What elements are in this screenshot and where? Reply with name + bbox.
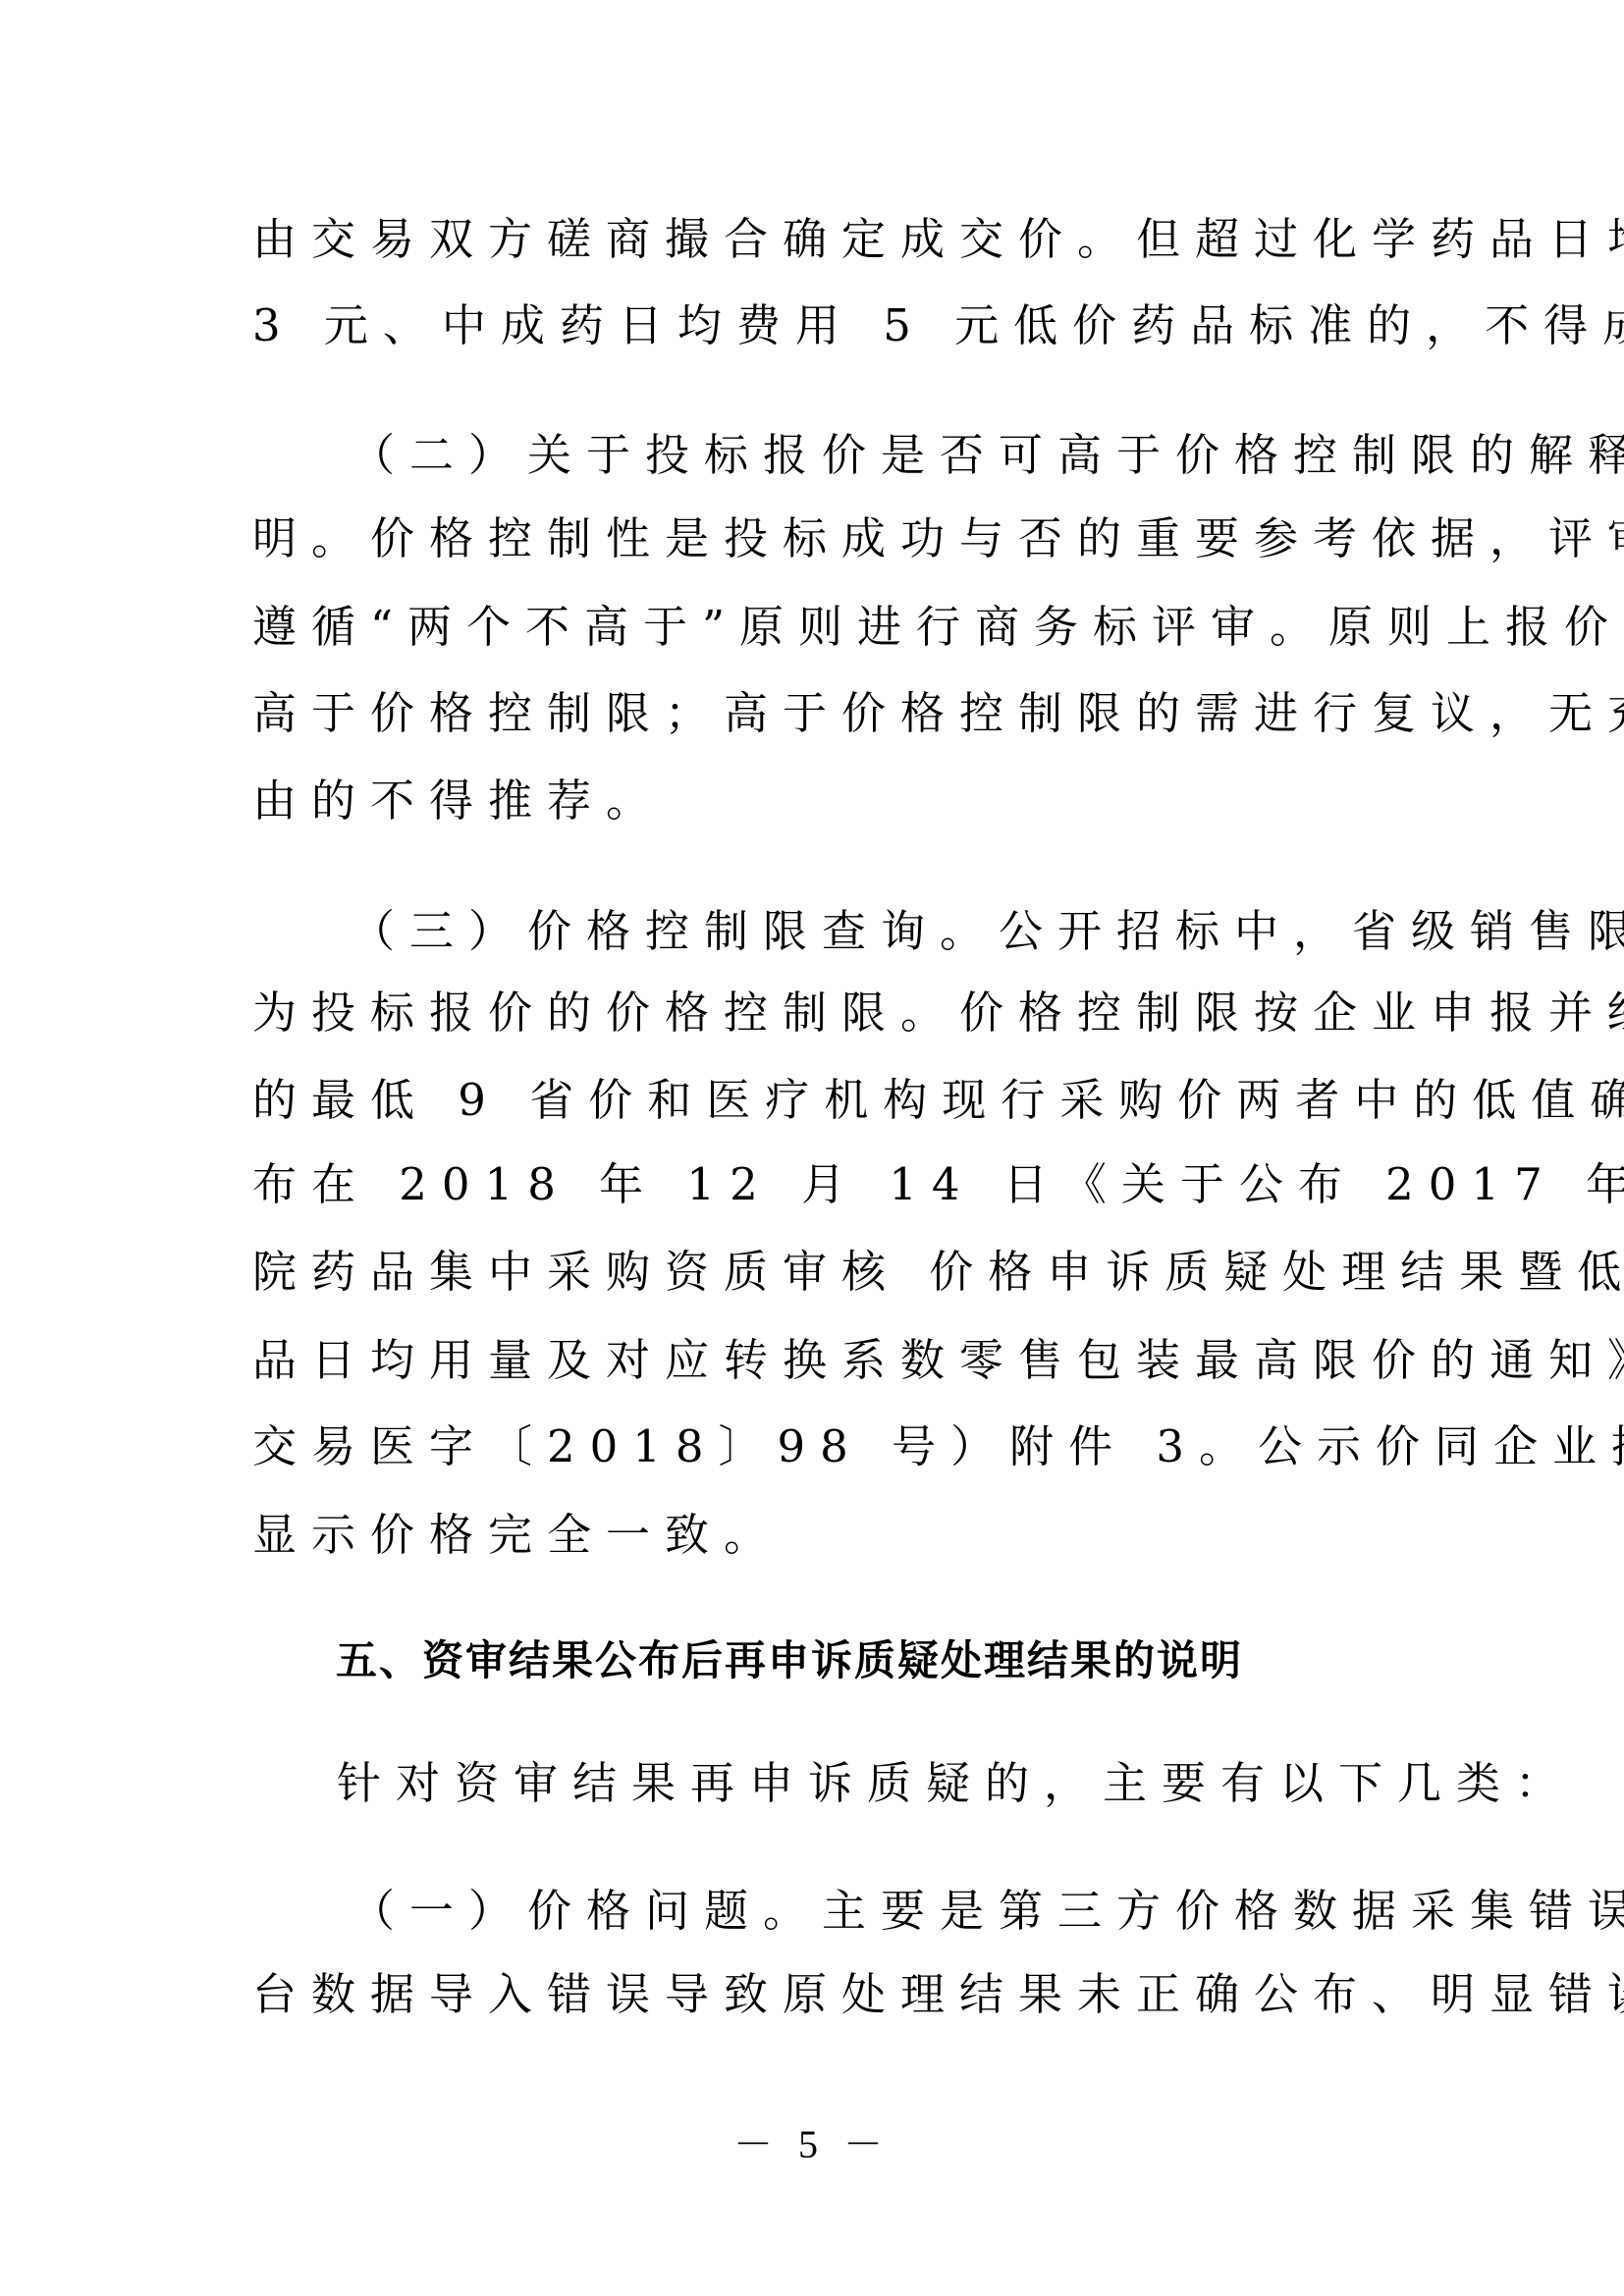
paragraph-3-line-3: 的最低 9 省价和医疗机构现行采购价两者中的低值确定，公	[252, 1078, 1624, 1122]
paragraph-5-line-1: （一）价格问题。主要是第三方价格数据采集错误、平	[351, 1889, 1624, 1933]
section-heading: 五、资审结果公布后再申诉质疑处理结果的说明	[336, 1638, 1243, 1682]
paragraph-3-line-1: （三）价格控制限查询。公开招标中，省级销售限价作	[351, 909, 1624, 953]
paragraph-3-line-4: 布在 2018 年 12 月 14 日《关于公布 2017 年度甘肃省公立医	[252, 1162, 1624, 1206]
paragraph-5-line-2: 台数据导入错误导致原处理结果未正确公布、明显错误显失	[252, 1972, 1624, 2016]
paragraph-2-line-1: （二）关于投标报价是否可高于价格控制限的解释说	[351, 433, 1624, 477]
paragraph-2-line-4: 高于价格控制限；高于价格控制限的需进行复议，无充分理	[252, 691, 1624, 735]
page-number: － 5 －	[0, 2125, 1624, 2164]
paragraph-3-line-7: 交易医字〔2018〕98 号）附件 3。公示价同企业报价系统所	[252, 1424, 1624, 1468]
paragraph-2-line-2: 明。价格控制性是投标成功与否的重要参考依据，评审专家	[252, 516, 1624, 561]
paragraph-3-line-8: 显示价格完全一致。	[252, 1513, 783, 1557]
paragraph-2-line-3: 遵循“两个不高于”原则进行商务标评审。原则上报价不得	[252, 605, 1624, 649]
paragraph-2-line-5: 由的不得推荐。	[252, 778, 665, 823]
paragraph-3-line-2: 为投标报价的价格控制限。价格控制限按企业申报并经公示	[252, 990, 1624, 1035]
paragraph-3-line-6: 品日均用量及对应转换系数零售包装最高限价的通知》（甘	[252, 1338, 1624, 1382]
paragraph-4-line-1: 针对资审结果再申诉质疑的，主要有以下几类：	[337, 1761, 1574, 1805]
document-page: 由交易双方磋商撮合确定成交价。但超过化学药品日均费用 3 元、中成药日均费用 5…	[0, 0, 1624, 2296]
paragraph-1-line-2: 3 元、中成药日均费用 5 元低价药品标准的，不得成交。	[252, 303, 1624, 347]
paragraph-1-line-1: 由交易双方磋商撮合确定成交价。但超过化学药品日均费用	[252, 217, 1624, 261]
paragraph-3-line-5: 院药品集中采购资质审核 价格申诉质疑处理结果暨低价药	[252, 1250, 1624, 1294]
